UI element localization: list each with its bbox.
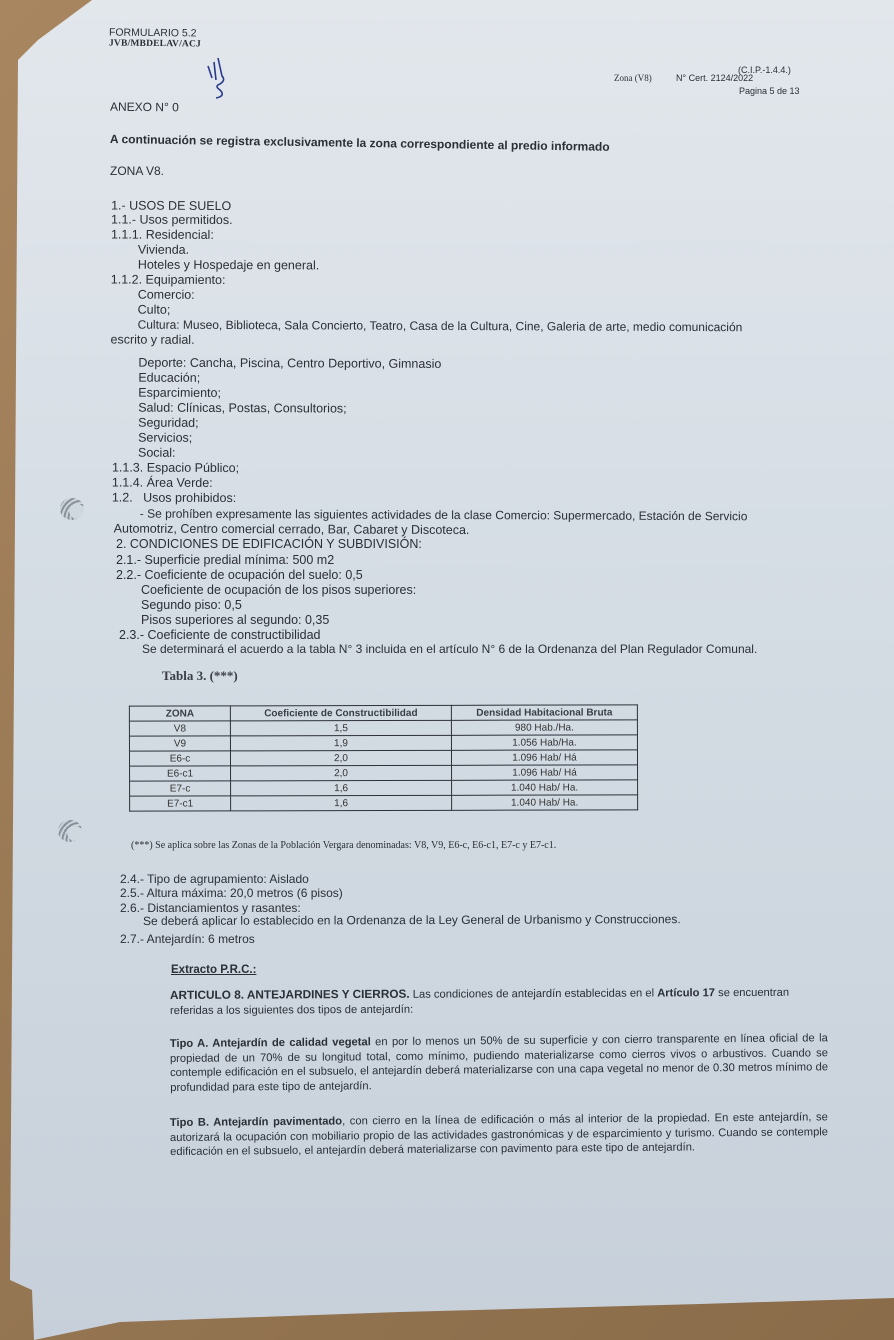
densidad-cell: 1.040 Hab/ Ha. (452, 795, 638, 810)
sec1-line: Hoteles y Hospedaje en general. (138, 258, 319, 273)
sec1-line: Comercio: (138, 288, 195, 302)
zona-cell: V8 (129, 721, 230, 736)
page-number: Pagina 5 de 13 (739, 84, 800, 98)
zona-label: Zona (V8) (614, 71, 652, 85)
coeficiente-cell: 1,9 (230, 735, 451, 751)
table-row: V81,5980 Hab./Ha. (129, 720, 637, 736)
extracto-title: Extracto P.R.C.: (171, 963, 256, 977)
tipo-b-paragraph: Tipo B. Antejardín pavimentado, con cier… (170, 1110, 828, 1159)
sec2b-line: Se deberá aplicar lo establecido en la O… (143, 912, 681, 928)
sec2b-line: 2.4.- Tipo de agrupamiento: Aislado (120, 872, 309, 886)
densidad-cell: 1.040 Hab/ Ha. (452, 780, 638, 795)
table-row: E7-c11,61.040 Hab/ Ha. (130, 795, 638, 811)
table-row: E6-c2,01.096 Hab/ Há (129, 750, 637, 766)
sec1-line: Deporte: Cancha, Piscina, Centro Deporti… (138, 356, 441, 371)
densidad-cell: 1.056 Hab/Ha. (451, 735, 637, 750)
tipo-a-heading: Tipo A. Antejardín de calidad vegetal (170, 1036, 371, 1050)
form-code: JVB/MBDELAV/ACJ (109, 37, 201, 52)
zona-cell: E7-c (130, 781, 231, 796)
sec1-line: 1.- USOS DE SUELO (111, 198, 231, 213)
sec1-line: Culto; (138, 303, 171, 317)
sec2-line: 2.3.- Coeficiente de constructibilidad (119, 628, 321, 642)
sec1-line: Automotriz, Centro comercial cerrado, Ba… (114, 522, 470, 538)
articulo-heading: ARTICULO 8. ANTEJARDINES Y CIERROS. (170, 987, 410, 1002)
sec1-line: Vivienda. (138, 243, 189, 257)
sec2-line: 2.2.- Coeficiente de ocupación del suelo… (116, 568, 363, 582)
articulo-text: Las condiciones de antejardín establecid… (410, 987, 658, 1000)
table-row: E7-c1,61.040 Hab/ Ha. (130, 780, 638, 796)
sec1-line: - Se prohíben expresamente las siguiente… (140, 507, 748, 524)
coeficiente-cell: 1,6 (231, 795, 452, 811)
articulo-ref: Artículo 17 (657, 987, 715, 999)
sec1-line: 1.1.4. Área Verde: (112, 475, 213, 489)
tipo-a-paragraph: Tipo A. Antejardín de calidad vegetal en… (170, 1031, 828, 1095)
sec1-line: 1.1.1. Residencial: (111, 227, 214, 241)
sec1-line: 1.1.3. Espacio Público; (112, 460, 239, 475)
sec2b-line: 2.7.- Antejardín: 6 metros (120, 932, 255, 946)
sec2-line: 2.1.- Superficie predial mínima: 500 m2 (116, 553, 334, 567)
zona-cell: E6-c (129, 751, 230, 766)
col-header: Densidad Habitacional Bruta (451, 705, 637, 720)
articulo-8-paragraph: ARTICULO 8. ANTEJARDINES Y CIERROS. Las … (170, 985, 826, 1018)
sec2-line: Se determinará el acuerdo a la tabla N° … (142, 642, 757, 656)
coeficiente-cell: 1,6 (231, 780, 452, 796)
densidad-cell: 980 Hab./Ha. (451, 720, 637, 735)
col-header: ZONA (129, 706, 230, 721)
densidad-cell: 1.096 Hab/ Há (452, 765, 638, 780)
table-note: (***) Se aplica sobre las Zonas de la Po… (131, 839, 556, 853)
sec2-line: Segundo piso: 0,5 (141, 598, 242, 612)
constructibility-table: ZONA Coeficiente de Constructibilidad De… (129, 704, 638, 811)
zona-cell: E7-c1 (130, 796, 231, 811)
sec1-line: 1.2. Usos prohibidos: (112, 490, 236, 505)
sec1-line: Salud: Clínicas, Postas, Consultorios; (138, 401, 346, 416)
handwritten-signature-icon (200, 52, 230, 102)
sec1-line: escrito y radial. (110, 332, 194, 346)
cert-number: N° Cert. 2124/2022 (676, 71, 753, 85)
sec1-line: 1.1.2. Equipamiento: (111, 272, 226, 287)
sec1-line: Servicios; (138, 431, 192, 445)
zona-title: ZONA V8. (110, 164, 164, 178)
tipo-b-heading: Tipo B. Antejardín pavimentado (170, 1115, 342, 1129)
sec1-line: Social: (138, 446, 176, 460)
zona-cell: E6-c1 (130, 766, 231, 781)
sec1-line: Cultura: Museo, Biblioteca, Sala Concier… (138, 318, 743, 335)
zona-cell: V9 (129, 736, 230, 751)
table-row: V91,91.056 Hab/Ha. (129, 735, 637, 751)
punch-hole-icon (60, 498, 84, 520)
densidad-cell: 1.096 Hab/ Há (451, 750, 637, 765)
coeficiente-cell: 2,0 (230, 750, 451, 766)
table-row: E6-c12,01.096 Hab/ Há (130, 765, 638, 781)
sec2b-line: 2.5.- Altura máxima: 20,0 metros (6 piso… (120, 886, 343, 900)
punch-hole-icon (58, 820, 82, 842)
table-title: Tabla 3. (***) (162, 669, 238, 683)
sec2-line: Coeficiente de ocupación de los pisos su… (141, 583, 416, 597)
sec1-line: Educación; (138, 371, 200, 385)
sec1-line: Esparcimiento; (138, 386, 221, 400)
table-header-row: ZONA Coeficiente de Constructibilidad De… (129, 705, 637, 721)
sec2-line: Pisos superiores al segundo: 0,35 (141, 613, 329, 627)
coeficiente-cell: 2,0 (231, 765, 452, 781)
anexo-title: ANEXO N° 0 (110, 100, 179, 115)
coeficiente-cell: 1,5 (230, 720, 451, 736)
col-header: Coeficiente de Constructibilidad (230, 705, 451, 721)
sec1-line: Seguridad; (138, 416, 199, 430)
sec1-line: 1.1.- Usos permitidos. (111, 212, 233, 227)
sec2-line: 2. CONDICIONES DE EDIFICACIÓN Y SUBDIVIS… (116, 537, 422, 551)
